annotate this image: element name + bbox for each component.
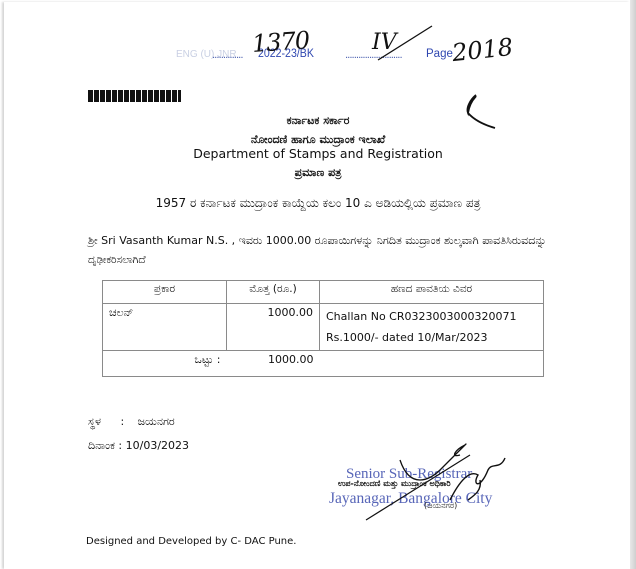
total-amount: 1000.00 (227, 351, 320, 377)
total-empty-cell (320, 351, 544, 377)
total-label: ಒಟ್ಟು : (103, 351, 227, 377)
certificate-heading: ಪ್ರಮಾಣ ಪತ್ರ (0, 166, 636, 180)
challan-number: Challan No CR0323003000320071 (326, 306, 537, 327)
department-heading-kannada: ನೋಂದಣಿ ಹಾಗೂ ಮುದ್ರಾಂಕ ಇಲಾಖೆ (0, 133, 636, 147)
header-amount: ಮೊತ್ತ (ರೂ.) (227, 281, 320, 304)
reference-page-label: Page (426, 48, 453, 60)
header-type: ಪ್ರಕಾರ (103, 281, 227, 304)
date-label: ದಿನಾಂಕ : (88, 439, 122, 452)
cell-type: ಚಲನ್ (103, 304, 227, 351)
cell-payment-details: Challan No CR0323003000320071 Rs.1000/- … (320, 304, 544, 351)
stamp-office-kannada: (ಜಯನಗರ) (424, 501, 457, 511)
place-separator: : (120, 415, 124, 428)
place-value: ಜಯನಗರ (138, 415, 175, 428)
handwritten-document-number: 1370 (251, 26, 310, 58)
department-heading-english: Department of Stamps and Registration (0, 146, 636, 161)
date-line: ದಿನಾಂಕ : 10/03/2023 (88, 439, 189, 453)
place-line: ಸ್ಥಳ : ಜಯನಗರ (88, 415, 175, 429)
reference-dots: .............. (212, 50, 243, 61)
government-heading: ಕರ್ನಾಟಕ ಸರ್ಕಾರ (0, 114, 636, 128)
table-total-row: ಒಟ್ಟು : 1000.00 (103, 351, 544, 377)
date-value: 10/03/2023 (126, 439, 189, 452)
stamp-office: Jayanagar, Bangalore City (329, 490, 492, 508)
place-label: ಸ್ಥಳ (88, 415, 101, 428)
certificate-statement: ಶ್ರೀ Sri Vasanth Kumar N.S. , ಇವರು 1000.… (88, 234, 546, 248)
page-edge-shadow (630, 0, 636, 569)
stamp-title-kannada: ಉಪ-ನೋಂದಣಿ ಮತ್ತು ಮುದ್ರಾಂಕ ಅಧಿಕಾರಿ (338, 479, 451, 489)
handwritten-volume: IV (372, 30, 397, 55)
certificate-statement-continued: ದೃಢೀಕರಿಸಲಾಗಿದೆ (88, 254, 146, 267)
payment-table: ಪ್ರಕಾರ ಮೊತ್ತ (ರೂ.) ಹಣದ ಪಾವತಿಯ ವಿವರ ಚಲನ್ … (102, 280, 544, 377)
cell-amount: 1000.00 (227, 304, 320, 351)
header-payment-details: ಹಣದ ಪಾವತಿಯ ವಿವರ (320, 281, 544, 304)
footer-credit: Designed and Developed by C- DAC Pune. (86, 536, 296, 547)
redacted-barcode (88, 90, 181, 102)
challan-date: Rs.1000/- dated 10/Mar/2023 (326, 327, 537, 348)
table-row: ಚಲನ್ 1000.00 Challan No CR03230030003200… (103, 304, 544, 351)
certificate-title: 1957 ರ ಕರ್ನಾಟಕ ಮುದ್ರಾಂಕ ಕಾಯ್ದೆಯ ಕಲಂ 10 ಎ… (0, 196, 636, 211)
table-header-row: ಪ್ರಕಾರ ಮೊತ್ತ (ರೂ.) ಹಣದ ಪಾವತಿಯ ವಿವರ (103, 281, 544, 304)
